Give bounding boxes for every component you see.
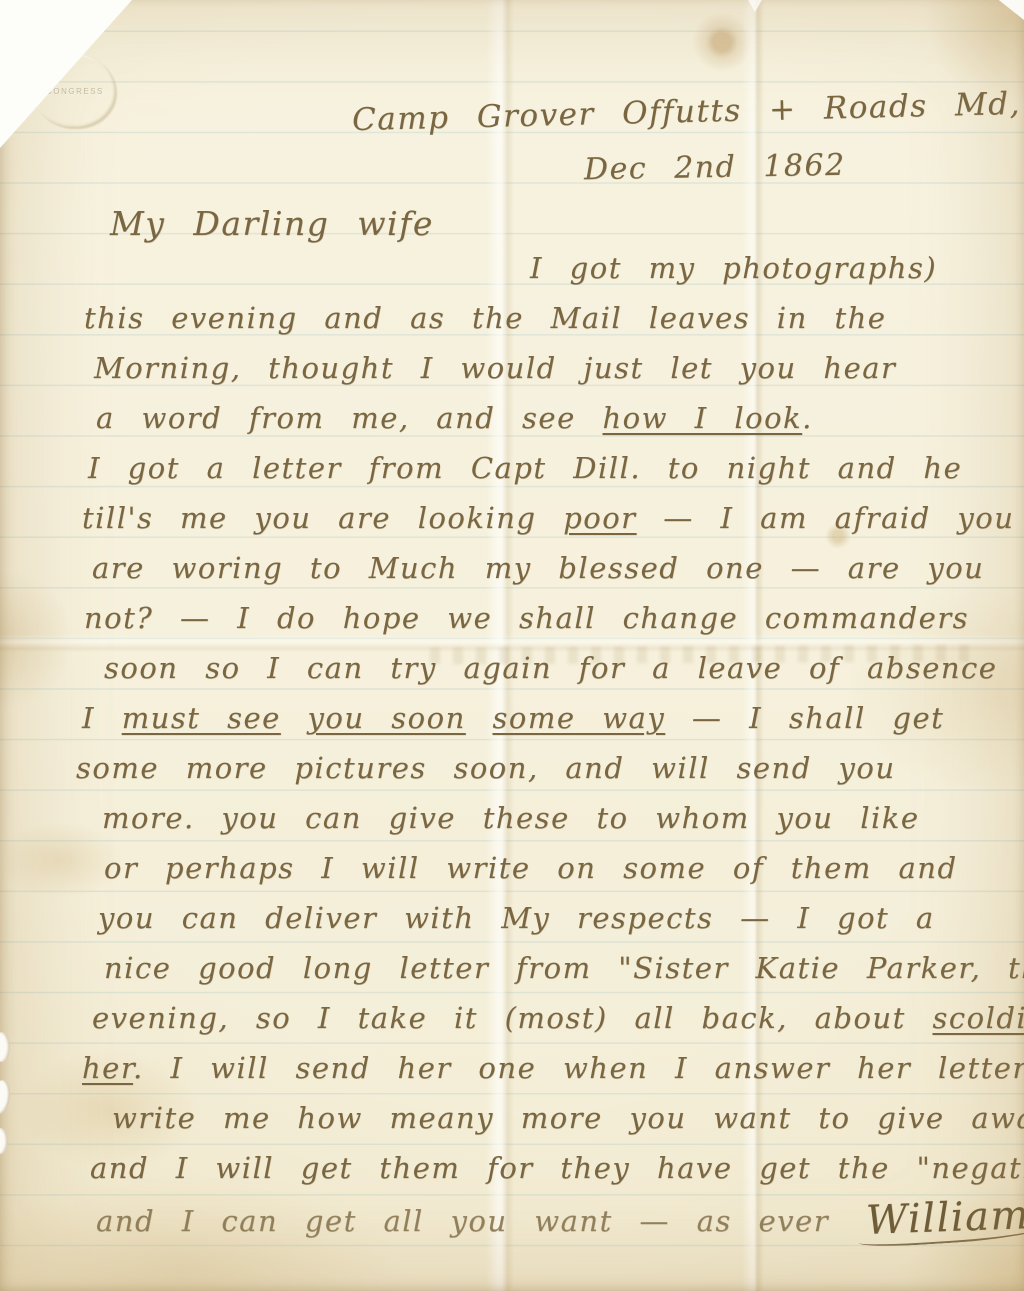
scanned-letter-page: CONGRESS Camp Grover Offutts + Roads Md,…	[0, 0, 1024, 1291]
letter-line: write me how meany more you want to give…	[112, 1093, 1018, 1143]
letter-line: and I will get them for they have get th…	[90, 1143, 1018, 1193]
letter-line: her. I will send her one when I answer h…	[82, 1043, 1018, 1093]
letter-heading-date: Dec 2nd 1862	[584, 148, 846, 188]
letter-heading-location: Camp Grover Offutts + Roads Md,	[352, 86, 1022, 138]
letter-line: some more pictures soon, and will send y…	[76, 743, 1018, 793]
letter-line: or perhaps I will write on some of them …	[104, 843, 1018, 893]
letter-line: soon so I can try again for a leave of a…	[104, 643, 1018, 693]
letter-salutation: My Darling wife	[110, 204, 434, 243]
letter-line: are woring to Much my blessed one — are …	[92, 543, 1018, 593]
letter-content: Camp Grover Offutts + Roads Md, Dec 2nd …	[0, 0, 1024, 1291]
letter-line: Morning, thought I would just let you he…	[94, 343, 1018, 393]
letter-line: nice good long letter from "Sister Katie…	[104, 943, 1018, 993]
letter-line: not? — I do hope we shall change command…	[84, 593, 1018, 643]
signature: William	[865, 1190, 1024, 1246]
letter-line: till's me you are looking poor — I am af…	[82, 493, 1018, 543]
letter-line: I must see you soon some way — I shall g…	[82, 693, 1018, 743]
letter-line: you can deliver with My respects — I got…	[98, 893, 1018, 943]
letter-line: this evening and as the Mail leaves in t…	[84, 293, 1018, 343]
letter-line: more. you can give these to whom you lik…	[102, 793, 1018, 843]
letter-line: a word from me, and see how I look.	[96, 393, 1018, 443]
letter-line: I got my photographs)	[530, 243, 1018, 293]
letter-body: I got my photographs)this evening and as…	[76, 243, 1018, 1243]
letter-line: and I can get all you want — as ever Wil…	[96, 1193, 1018, 1243]
letter-line: evening, so I take it (most) all back, a…	[92, 993, 1018, 1043]
letter-line: I got a letter from Capt Dill. to night …	[88, 443, 1018, 493]
